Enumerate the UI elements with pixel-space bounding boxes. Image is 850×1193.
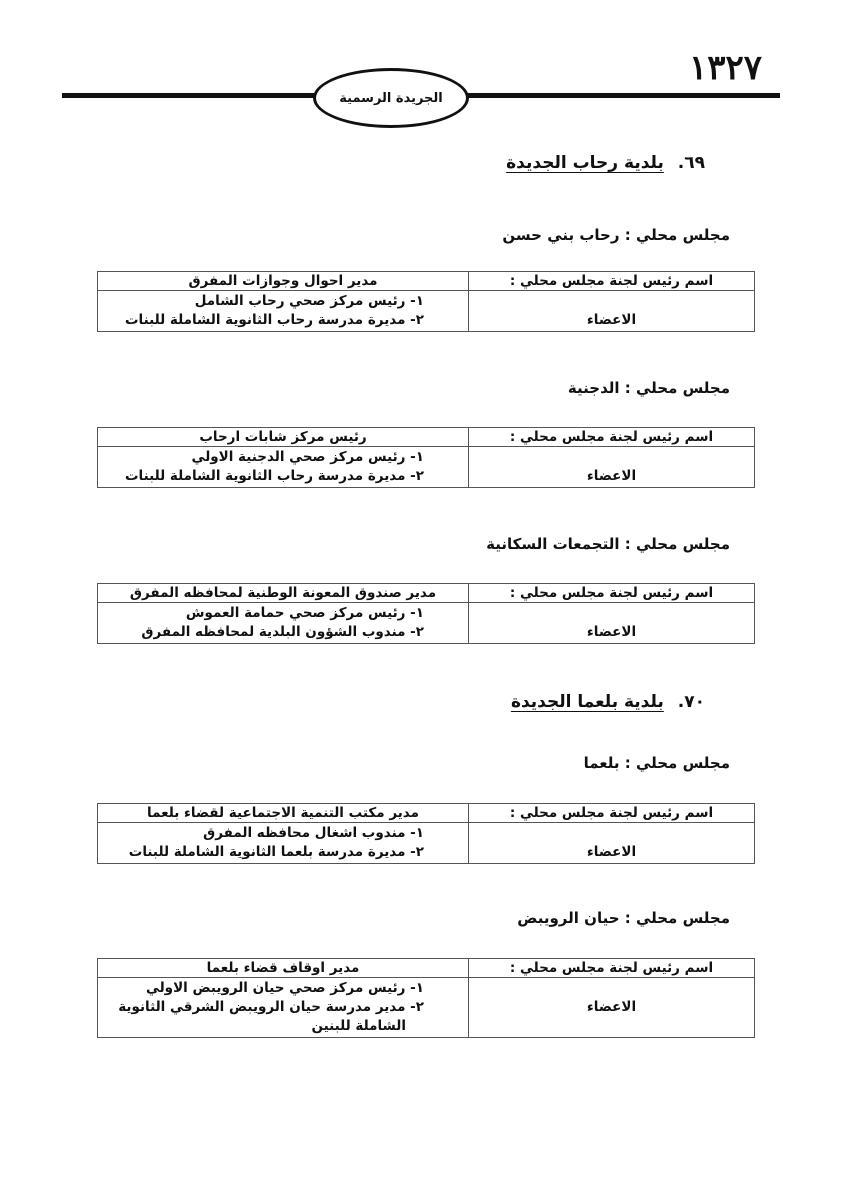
council-title: مجلس محلي : التجمعات السكانية	[486, 535, 730, 553]
members-row: الاعضاء ١- مندوب اشغال محافظه المفرق ٢- …	[98, 823, 755, 864]
member-item: ١- رئيس مركز صحي حيان الرويبض الاولي	[106, 979, 424, 998]
members-list: ١- رئيس مركز صحي الدجنية الاولي ٢- مديرة…	[98, 447, 469, 488]
council-table: اسم رئيس لجنة مجلس محلي : مدير مكتب التن…	[97, 803, 755, 864]
council-table: اسم رئيس لجنة مجلس محلي : مدير صندوق الم…	[97, 583, 755, 644]
chair-row: اسم رئيس لجنة مجلس محلي : مدير احوال وجو…	[98, 272, 755, 291]
section-number: ٦٩.	[678, 153, 705, 173]
section-name: بلدية رحاب الجديدة	[506, 153, 664, 173]
chair-label: اسم رئيس لجنة مجلس محلي :	[469, 959, 755, 978]
council-title: مجلس محلي : الدجنية	[568, 379, 730, 397]
members-row: الاعضاء ١- رئيس مركز صحي رحاب الشامل ٢- …	[98, 291, 755, 332]
member-item: ٢- مديرة مدرسة رحاب الثانوية الشاملة للب…	[106, 311, 424, 330]
members-row: الاعضاء ١- رئيس مركز صحي حمامة العموش ٢-…	[98, 603, 755, 644]
section-title-69: ٦٩. بلدية رحاب الجديدة	[506, 153, 705, 173]
council-table: اسم رئيس لجنة مجلس محلي : رئيس مركز شابا…	[97, 427, 755, 488]
chair-value: مدير مكتب التنمية الاجتماعية لقضاء بلعما	[98, 804, 469, 823]
council-table: اسم رئيس لجنة مجلس محلي : مدير اوقاف قضا…	[97, 958, 755, 1038]
publication-oval: الجريدة الرسمية	[313, 68, 469, 128]
chair-value: مدير احوال وجوازات المفرق	[98, 272, 469, 291]
chair-value: مدير اوقاف قضاء بلعما	[98, 959, 469, 978]
members-label: الاعضاء	[469, 978, 755, 1038]
member-item: ١- مندوب اشغال محافظه المفرق	[106, 824, 424, 843]
members-list: ١- رئيس مركز صحي حمامة العموش ٢- مندوب ا…	[98, 603, 469, 644]
section-title-70: ٧٠. بلدية بلعما الجديدة	[511, 692, 705, 712]
chair-label: اسم رئيس لجنة مجلس محلي :	[469, 272, 755, 291]
member-item: ٢- مدير مدرسة حيان الرويبض الشرقي الثانو…	[106, 998, 424, 1017]
members-label: الاعضاء	[469, 291, 755, 332]
chair-label: اسم رئيس لجنة مجلس محلي :	[469, 428, 755, 447]
council-table: اسم رئيس لجنة مجلس محلي : مدير احوال وجو…	[97, 271, 755, 332]
member-item: ٢- مديرة مدرسة رحاب الثانوية الشاملة للب…	[106, 467, 424, 486]
member-item-continuation: الشاملة للبنين	[106, 1017, 424, 1036]
member-item: ١- رئيس مركز صحي رحاب الشامل	[106, 292, 424, 311]
members-label: الاعضاء	[469, 823, 755, 864]
chair-value: رئيس مركز شابات ارحاب	[98, 428, 469, 447]
chair-label: اسم رئيس لجنة مجلس محلي :	[469, 584, 755, 603]
member-item: ٢- مديرة مدرسة بلعما الثانوية الشاملة لل…	[106, 843, 424, 862]
members-label: الاعضاء	[469, 447, 755, 488]
chair-label: اسم رئيس لجنة مجلس محلي :	[469, 804, 755, 823]
publication-title: الجريدة الرسمية	[339, 91, 443, 106]
members-label: الاعضاء	[469, 603, 755, 644]
members-row: الاعضاء ١- رئيس مركز صحي حيان الرويبض ال…	[98, 978, 755, 1038]
chair-value: مدير صندوق المعونة الوطنية لمحافظه المفر…	[98, 584, 469, 603]
council-title: مجلس محلي : رحاب بني حسن	[502, 226, 730, 244]
member-item: ٢- مندوب الشؤون البلدية لمحافظه المفرق	[106, 623, 424, 642]
members-row: الاعضاء ١- رئيس مركز صحي الدجنية الاولي …	[98, 447, 755, 488]
members-list: ١- رئيس مركز صحي رحاب الشامل ٢- مديرة مد…	[98, 291, 469, 332]
members-list: ١- مندوب اشغال محافظه المفرق ٢- مديرة مد…	[98, 823, 469, 864]
members-list: ١- رئيس مركز صحي حيان الرويبض الاولي ٢- …	[98, 978, 469, 1038]
page-number: ١٣٢٧	[689, 48, 762, 88]
section-number: ٧٠.	[678, 692, 705, 712]
council-title: مجلس محلي : بلعما	[584, 754, 730, 772]
council-title: مجلس محلي : حيان الرويبض	[517, 909, 730, 927]
member-item: ١- رئيس مركز صحي حمامة العموش	[106, 604, 424, 623]
chair-row: اسم رئيس لجنة مجلس محلي : مدير صندوق الم…	[98, 584, 755, 603]
member-item: ١- رئيس مركز صحي الدجنية الاولي	[106, 448, 424, 467]
chair-row: اسم رئيس لجنة مجلس محلي : مدير مكتب التن…	[98, 804, 755, 823]
chair-row: اسم رئيس لجنة مجلس محلي : مدير اوقاف قضا…	[98, 959, 755, 978]
section-name: بلدية بلعما الجديدة	[511, 692, 664, 712]
chair-row: اسم رئيس لجنة مجلس محلي : رئيس مركز شابا…	[98, 428, 755, 447]
